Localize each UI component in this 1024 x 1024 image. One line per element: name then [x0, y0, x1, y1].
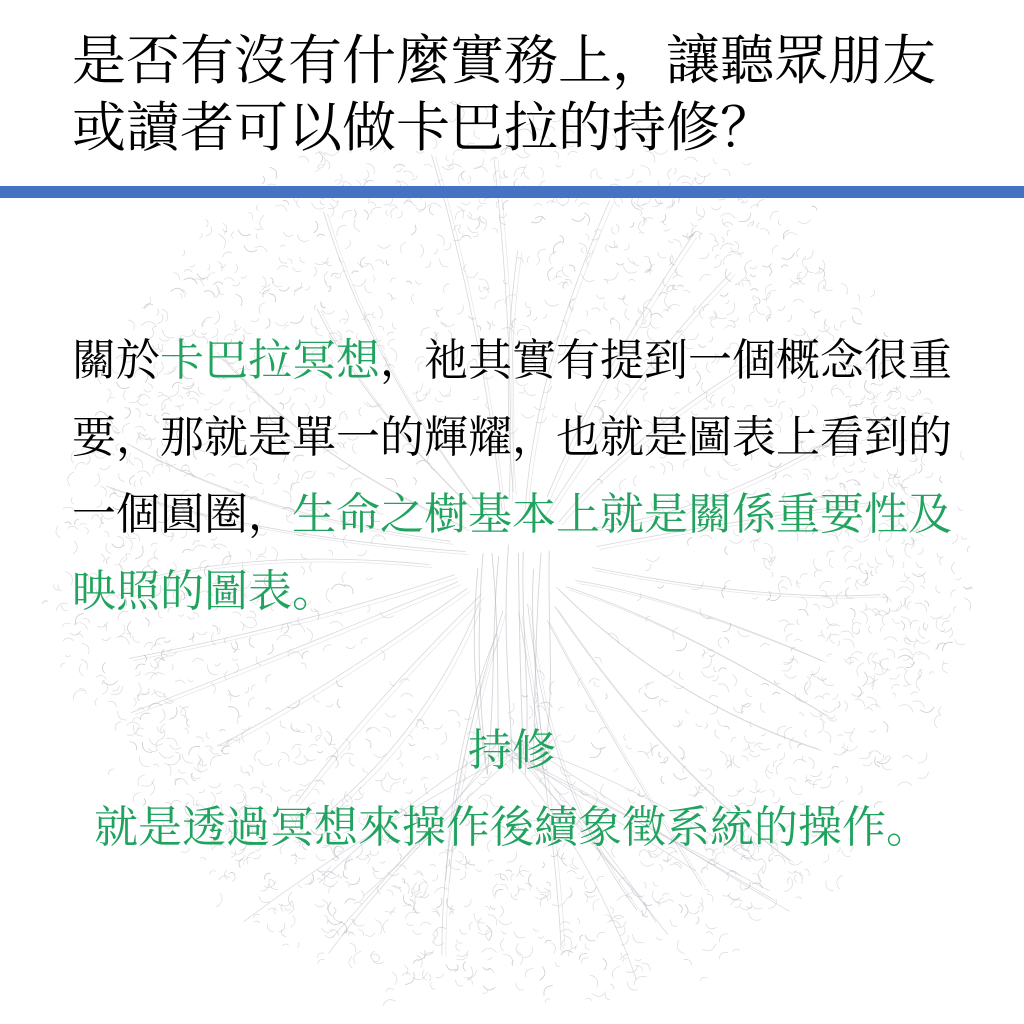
highlight-term: 持修: [0, 712, 1024, 789]
title-divider-bar: [0, 186, 1024, 198]
highlight-definition: 就是透過冥想來操作後續象徵系統的操作。: [0, 789, 1024, 866]
body-paragraph: 關於卡巴拉冥想，祂其實有提到一個概念很重要，那就是單一的輝耀，也就是圖表上看到的…: [72, 322, 956, 630]
body-segment-plain: 關於: [72, 336, 160, 385]
slide-title: 是否有沒有什麼實務上，讓聽眾朋友或讀者可以做卡巴拉的持修？: [72, 28, 972, 162]
slide: 是否有沒有什麼實務上，讓聽眾朋友或讀者可以做卡巴拉的持修？ 關於卡巴拉冥想，祂其…: [0, 0, 1024, 1024]
highlight-block: 持修 就是透過冥想來操作後續象徵系統的操作。: [0, 712, 1024, 866]
body-segment-highlight: 卡巴拉冥想: [160, 336, 380, 385]
